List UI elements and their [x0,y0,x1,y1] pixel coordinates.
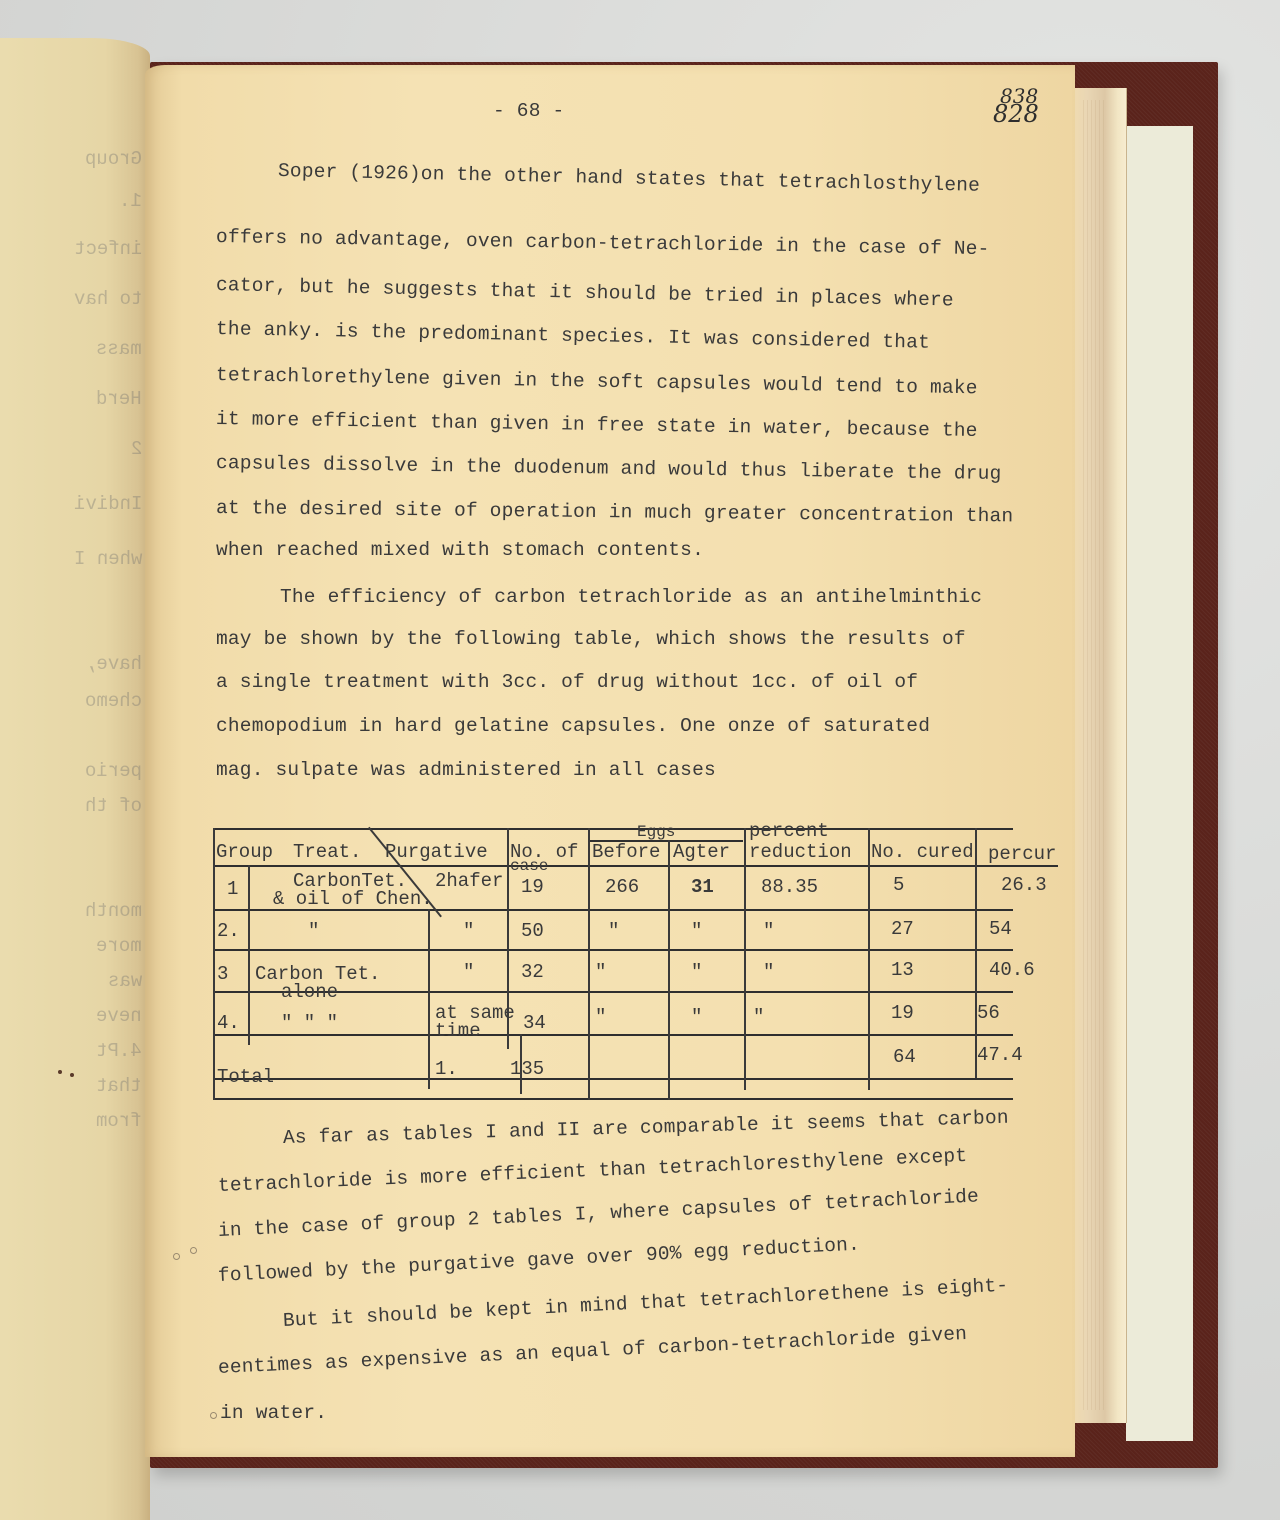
left-page: Group 1. infect to hav mass Herd 2 Indiv… [0,38,150,1520]
table-rule [213,1078,1013,1080]
header-group: Group [216,843,273,862]
header-treat: Treat. [293,843,361,862]
header-percent-cured: percur [988,845,1056,864]
cell-percent-cured: 40.6 [989,961,1035,980]
page-stack-lines [1083,100,1107,1410]
text-line: in water. [220,1402,327,1424]
ghost-text: have, [85,653,142,675]
ghost-text: perio [85,760,142,782]
cell-after: " [691,1008,702,1027]
ghost-text: from [96,1110,142,1132]
cell-cases: 34 [523,1014,546,1033]
ghost-text: month [85,900,142,922]
results-table: Group Treat. Purgative No. of case Eggs … [213,828,1013,1100]
ghost-text: was [108,970,142,992]
ghost-text: Herd [96,388,142,410]
table-rule [213,865,1058,867]
ink-dot [70,1073,74,1077]
text-line: chemopodium in hard gelatine capsules. O… [216,715,930,737]
ghost-text: that [96,1075,142,1097]
ghost-text: chemo [85,690,142,712]
ghost-text: Group [85,148,142,170]
cell-purgative-2: time [435,1022,481,1041]
endpaper [1126,126,1193,1441]
text-line: may be shown by the following table, whi… [216,628,966,650]
cell-after: " [691,922,702,941]
cell-reduction: " [763,922,774,941]
ghost-text: Indivi [74,493,142,515]
ghost-text: 2 [131,438,142,460]
cell-cured: 64 [893,1048,916,1067]
header-after: Agter [673,843,730,862]
paper-mark [190,1247,197,1254]
cell-group: 1 [227,880,238,899]
header-reduction: reduction [749,843,852,862]
cell-treat-2: & oil of Chen. [273,890,433,909]
cell-cured: 27 [891,920,914,939]
cell-percent-cured: 56 [977,1004,1000,1023]
text-line: mag. sulpate was administered in all cas… [216,759,716,781]
cell-group: 4. [217,1014,240,1033]
table-col-rule [213,828,215,1100]
ghost-text: mass [96,338,142,360]
cell-cured: 13 [891,961,914,980]
text-line: when reached mixed with stomach contents… [216,539,704,561]
ghost-text: 1. [119,190,142,212]
header-eggs: Eggs [637,824,675,840]
paper-mark [210,1412,217,1419]
text-line: a single treatment with 3cc. of drug wit… [216,671,918,693]
header-percent: percent [749,822,829,841]
cell-percent-cured: 47.4 [977,1046,1023,1065]
table-col-rule [248,865,250,1045]
cell-reduction: " [753,1008,764,1027]
table-col-rule [428,909,430,1089]
ghost-text: when I [74,548,142,570]
table-col-rule [588,828,590,1100]
table-rule [213,828,1013,830]
cell-treat: " " " [281,1014,338,1033]
cell-after: " [691,963,702,982]
cell-before: " [595,963,606,982]
cell-purgative: 1. [435,1060,458,1079]
header-cases-2: case [510,858,548,874]
cell-cured: 5 [893,876,904,895]
cell-treat: " [308,922,319,941]
header-purgative: Purgative [385,843,488,862]
cell-purgative: " [463,922,474,941]
ghost-text: of th [85,795,142,817]
header-before: Before [592,843,660,862]
cell-before: " [608,922,619,941]
cell-group: 2. [217,922,240,941]
cell-cases: 19 [521,878,544,897]
cell-before: " [595,1008,606,1027]
table-col-rule [868,828,870,1090]
cell-after: 31 [691,878,714,897]
cell-cases: 50 [521,922,544,941]
cell-cases: 32 [521,963,544,982]
table-rule [213,1098,1013,1100]
table-rule [213,949,1013,951]
cell-cured: 19 [891,1004,914,1023]
ghost-text: neve [96,1005,142,1027]
text-line: The efficiency of carbon tetrachloride a… [280,586,982,608]
cell-reduction: 88.35 [761,878,818,897]
cell-purgative: 2hafer [435,872,503,891]
cell-total-label: Total [217,1068,274,1087]
ghost-text: to hav [74,288,142,310]
paper-mark [173,1253,180,1260]
handwritten-folio: 828 [993,100,1039,128]
cell-percent-cured: 26.3 [1001,876,1047,895]
cell-reduction: " [763,963,774,982]
table-col-rule [668,840,670,1100]
ghost-text: more [96,935,142,957]
cell-percent-cured: 54 [989,920,1012,939]
header-cured: No. cured [871,843,974,862]
table-col-rule [744,828,746,1090]
ink-dot [58,1070,62,1074]
page-number: - 68 - [493,100,564,122]
table-rule [213,1034,1013,1036]
cell-cases: 135 [510,1060,544,1079]
cell-before: 266 [605,878,639,897]
cell-purgative: " [463,963,474,982]
table-col-rule [975,828,977,1078]
cell-treat-2: alone [281,983,338,1002]
ghost-text: 4.Pt [96,1040,142,1062]
cell-group: 3 [217,965,228,984]
ghost-text: infect [74,238,142,260]
